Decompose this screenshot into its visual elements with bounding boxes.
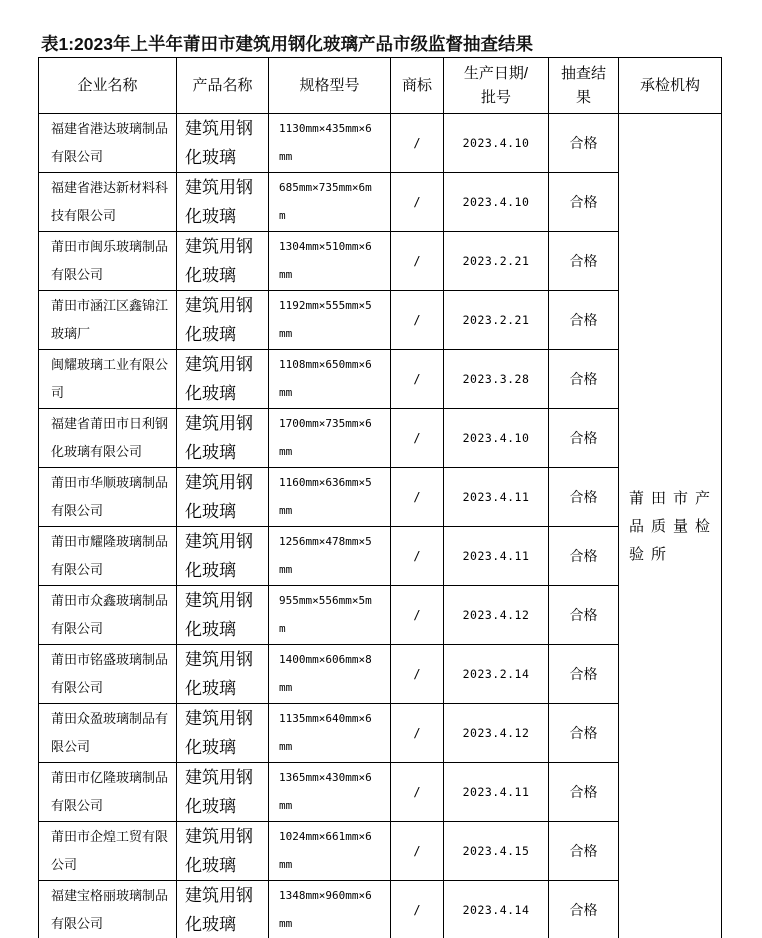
spec-text: 1108mm×650mm×6mm — [279, 351, 374, 407]
result-cell: 合格 — [549, 763, 619, 822]
table-row: 福建省港达玻璃制品有限公司 建筑用钢化玻璃 1130mm×435mm×6mm /… — [39, 114, 722, 173]
company-cell: 莆田市铭盛玻璃制品有限公司 — [39, 645, 177, 704]
product-cell: 建筑用钢化玻璃 — [177, 468, 269, 527]
result-cell: 合格 — [549, 527, 619, 586]
result-cell: 合格 — [549, 645, 619, 704]
product-cell: 建筑用钢化玻璃 — [177, 409, 269, 468]
spec-text: 1130mm×435mm×6mm — [279, 115, 374, 171]
result-cell: 合格 — [549, 232, 619, 291]
spec-cell: 1348mm×960mm×6mm — [269, 881, 391, 938]
company-cell: 莆田市亿隆玻璃制品有限公司 — [39, 763, 177, 822]
spec-cell: 955mm×556mm×5mm — [269, 586, 391, 645]
trademark-cell: / — [391, 645, 444, 704]
spec-text: 1700mm×735mm×6mm — [279, 410, 374, 466]
company-cell: 莆田市涵江区鑫锦江玻璃厂 — [39, 291, 177, 350]
product-cell: 建筑用钢化玻璃 — [177, 704, 269, 763]
production-date-cell: 2023.4.15 — [444, 822, 549, 881]
production-date-cell: 2023.4.11 — [444, 763, 549, 822]
header-trademark: 商标 — [391, 58, 444, 114]
product-cell: 建筑用钢化玻璃 — [177, 291, 269, 350]
production-date-cell: 2023.4.10 — [444, 409, 549, 468]
product-cell: 建筑用钢化玻璃 — [177, 173, 269, 232]
company-cell: 莆田市企煌工贸有限公司 — [39, 822, 177, 881]
trademark-cell: / — [391, 881, 444, 938]
spec-text: 1256mm×478mm×5mm — [279, 528, 374, 584]
spec-text: 1400mm×606mm×8mm — [279, 646, 374, 702]
trademark-cell: / — [391, 232, 444, 291]
trademark-cell: / — [391, 586, 444, 645]
production-date-cell: 2023.4.14 — [444, 881, 549, 938]
spec-text: 1160mm×636mm×5mm — [279, 469, 374, 525]
trademark-cell: / — [391, 350, 444, 409]
company-cell: 莆田众盈玻璃制品有限公司 — [39, 704, 177, 763]
header-spec: 规格型号 — [269, 58, 391, 114]
trademark-cell: / — [391, 704, 444, 763]
company-cell: 闽耀玻璃工业有限公司 — [39, 350, 177, 409]
header-result: 抽查结果 — [549, 58, 619, 114]
company-cell: 莆田市众鑫玻璃制品有限公司 — [39, 586, 177, 645]
production-date-cell: 2023.4.12 — [444, 586, 549, 645]
product-cell: 建筑用钢化玻璃 — [177, 586, 269, 645]
trademark-cell: / — [391, 173, 444, 232]
trademark-cell: / — [391, 822, 444, 881]
spec-cell: 1400mm×606mm×8mm — [269, 645, 391, 704]
spec-text: 1365mm×430mm×6mm — [279, 764, 374, 820]
product-cell: 建筑用钢化玻璃 — [177, 114, 269, 173]
spec-cell: 1192mm×555mm×5mm — [269, 291, 391, 350]
spec-text: 1304mm×510mm×6mm — [279, 233, 374, 289]
trademark-cell: / — [391, 291, 444, 350]
spec-cell: 1365mm×430mm×6mm — [269, 763, 391, 822]
company-cell: 福建宝格丽玻璃制品有限公司 — [39, 881, 177, 938]
trademark-cell: / — [391, 468, 444, 527]
result-cell: 合格 — [549, 586, 619, 645]
header-company: 企业名称 — [39, 58, 177, 114]
spec-cell: 1160mm×636mm×5mm — [269, 468, 391, 527]
spec-text: 685mm×735mm×6mm — [279, 174, 374, 230]
spec-text: 1192mm×555mm×5mm — [279, 292, 374, 348]
product-cell: 建筑用钢化玻璃 — [177, 763, 269, 822]
spec-text: 955mm×556mm×5mm — [279, 587, 374, 643]
header-agency: 承检机构 — [619, 58, 722, 114]
result-cell: 合格 — [549, 881, 619, 938]
production-date-cell: 2023.2.14 — [444, 645, 549, 704]
spec-cell: 1700mm×735mm×6mm — [269, 409, 391, 468]
company-cell: 福建省港达新材料科技有限公司 — [39, 173, 177, 232]
spec-text: 1024mm×661mm×6mm — [279, 823, 374, 879]
spec-cell: 1108mm×650mm×6mm — [269, 350, 391, 409]
result-cell: 合格 — [549, 468, 619, 527]
header-row: 企业名称 产品名称 规格型号 商标 生产日期/批号 抽查结果 承检机构 — [39, 58, 722, 114]
production-date-cell: 2023.4.11 — [444, 468, 549, 527]
spec-cell: 1135mm×640mm×6mm — [269, 704, 391, 763]
header-product: 产品名称 — [177, 58, 269, 114]
product-cell: 建筑用钢化玻璃 — [177, 350, 269, 409]
company-cell: 莆田市华顺玻璃制品有限公司 — [39, 468, 177, 527]
spec-text: 1135mm×640mm×6mm — [279, 705, 374, 761]
product-cell: 建筑用钢化玻璃 — [177, 527, 269, 586]
company-cell: 莆田市耀隆玻璃制品有限公司 — [39, 527, 177, 586]
spec-cell: 1304mm×510mm×6mm — [269, 232, 391, 291]
trademark-cell: / — [391, 763, 444, 822]
product-cell: 建筑用钢化玻璃 — [177, 232, 269, 291]
product-cell: 建筑用钢化玻璃 — [177, 822, 269, 881]
production-date-cell: 2023.2.21 — [444, 232, 549, 291]
inspection-agency-text: 莆田市产品质量检验所 — [629, 485, 721, 569]
result-cell: 合格 — [549, 114, 619, 173]
product-cell: 建筑用钢化玻璃 — [177, 645, 269, 704]
production-date-cell: 2023.4.12 — [444, 704, 549, 763]
result-cell: 合格 — [549, 291, 619, 350]
trademark-cell: / — [391, 114, 444, 173]
spec-cell: 685mm×735mm×6mm — [269, 173, 391, 232]
trademark-cell: / — [391, 409, 444, 468]
inspection-agency-cell: 莆田市产品质量检验所 — [619, 114, 722, 938]
table-header: 企业名称 产品名称 规格型号 商标 生产日期/批号 抽查结果 承检机构 — [39, 58, 722, 114]
product-cell: 建筑用钢化玻璃 — [177, 881, 269, 938]
production-date-cell: 2023.3.28 — [444, 350, 549, 409]
spec-cell: 1130mm×435mm×6mm — [269, 114, 391, 173]
page-title: 表1:2023年上半年莆田市建筑用钢化玻璃产品市级监督抽查结果 — [41, 31, 533, 56]
header-production-date: 生产日期/批号 — [444, 58, 549, 114]
result-cell: 合格 — [549, 822, 619, 881]
table-body: 福建省港达玻璃制品有限公司 建筑用钢化玻璃 1130mm×435mm×6mm /… — [39, 114, 722, 938]
result-cell: 合格 — [549, 350, 619, 409]
inspection-results-table: 企业名称 产品名称 规格型号 商标 生产日期/批号 抽查结果 承检机构 福建省港… — [38, 57, 722, 938]
trademark-cell: / — [391, 527, 444, 586]
production-date-cell: 2023.4.11 — [444, 527, 549, 586]
company-cell: 福建省港达玻璃制品有限公司 — [39, 114, 177, 173]
company-cell: 福建省莆田市日利钢化玻璃有限公司 — [39, 409, 177, 468]
result-cell: 合格 — [549, 173, 619, 232]
spec-cell: 1024mm×661mm×6mm — [269, 822, 391, 881]
production-date-cell: 2023.4.10 — [444, 173, 549, 232]
spec-cell: 1256mm×478mm×5mm — [269, 527, 391, 586]
production-date-cell: 2023.4.10 — [444, 114, 549, 173]
result-cell: 合格 — [549, 704, 619, 763]
company-cell: 莆田市闽乐玻璃制品有限公司 — [39, 232, 177, 291]
result-cell: 合格 — [549, 409, 619, 468]
spec-text: 1348mm×960mm×6mm — [279, 882, 374, 938]
page: { "page": { "title": "表1:2023年上半年莆田市建筑用钢… — [0, 0, 762, 938]
production-date-cell: 2023.2.21 — [444, 291, 549, 350]
